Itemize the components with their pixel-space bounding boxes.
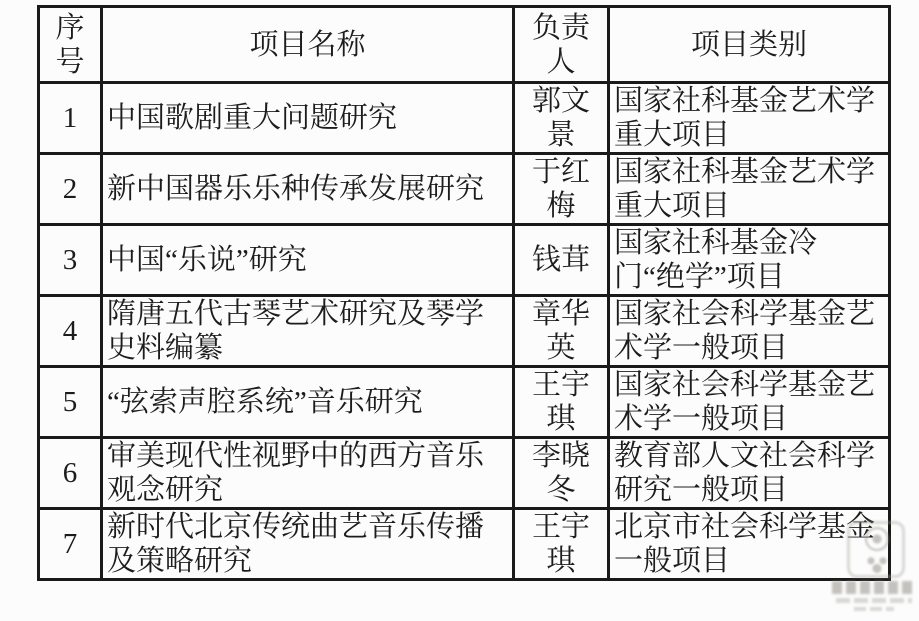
- watermark-english-text-line2: [854, 607, 894, 611]
- cell-leader: 李晓冬: [514, 438, 609, 509]
- watermark-chinese-text: [832, 581, 914, 594]
- column-header-project-name: 项目名称: [102, 7, 514, 83]
- cell-category: 国家社会科学基金艺术学一般项目: [609, 296, 890, 367]
- cell-index: 2: [39, 154, 102, 225]
- table-row: 2 新中国器乐乐种传承发展研究 于红梅 国家社科基金艺术学重大项目: [39, 154, 890, 225]
- cell-category: 北京市社会科学基金一般项目: [609, 509, 890, 580]
- cell-category: 国家社会科学基金艺术学一般项目: [609, 367, 890, 438]
- cell-category: 国家社科基金艺术学重大项目: [609, 154, 890, 225]
- column-header-category: 项目类别: [609, 7, 890, 83]
- cell-category: 教育部人文社会科学研究一般项目: [609, 438, 890, 509]
- cell-category: 国家社科基金冷门“绝学”项目: [609, 225, 890, 296]
- cell-project-name: 新时代北京传统曲艺音乐传播及策略研究: [102, 509, 514, 580]
- table-header-row: 序号 项目名称 负责人 项目类别: [39, 7, 890, 83]
- cell-leader: 郭文景: [514, 83, 609, 154]
- page: 序号 项目名称 负责人 项目类别 1 中国歌剧重大问题研究 郭文景 国家社科基金…: [0, 0, 919, 621]
- cell-leader: 王宇琪: [514, 367, 609, 438]
- column-header-index: 序号: [39, 7, 102, 83]
- table-row: 1 中国歌剧重大问题研究 郭文景 国家社科基金艺术学重大项目: [39, 83, 890, 154]
- cell-leader: 章华英: [514, 296, 609, 367]
- table-row: 4 隋唐五代古琴艺术研究及琴学史料编纂 章华英 国家社会科学基金艺术学一般项目: [39, 296, 890, 367]
- cell-index: 3: [39, 225, 102, 296]
- cell-leader: 王宇琪: [514, 509, 609, 580]
- cell-index: 4: [39, 296, 102, 367]
- cell-index: 5: [39, 367, 102, 438]
- cell-category: 国家社科基金艺术学重大项目: [609, 83, 890, 154]
- table-row: 3 中国“乐说”研究 钱茸 国家社科基金冷门“绝学”项目: [39, 225, 890, 296]
- cell-index: 1: [39, 83, 102, 154]
- cell-project-name: 新中国器乐乐种传承发展研究: [102, 154, 514, 225]
- cell-leader: 钱茸: [514, 225, 609, 296]
- cell-project-name: 审美现代性视野中的西方音乐观念研究: [102, 438, 514, 509]
- cell-index: 7: [39, 509, 102, 580]
- cell-project-name: 中国“乐说”研究: [102, 225, 514, 296]
- research-projects-table: 序号 项目名称 负责人 项目类别 1 中国歌剧重大问题研究 郭文景 国家社科基金…: [37, 5, 891, 581]
- watermark-english-text-line1: [836, 598, 912, 603]
- cell-index: 6: [39, 438, 102, 509]
- cell-project-name: 中国歌剧重大问题研究: [102, 83, 514, 154]
- cell-project-name: “弦索声腔系统”音乐研究: [102, 367, 514, 438]
- cell-leader: 于红梅: [514, 154, 609, 225]
- table-row: 5 “弦索声腔系统”音乐研究 王宇琪 国家社会科学基金艺术学一般项目: [39, 367, 890, 438]
- cell-project-name: 隋唐五代古琴艺术研究及琴学史料编纂: [102, 296, 514, 367]
- table-row: 7 新时代北京传统曲艺音乐传播及策略研究 王宇琪 北京市社会科学基金一般项目: [39, 509, 890, 580]
- column-header-leader: 负责人: [514, 7, 609, 83]
- table-row: 6 审美现代性视野中的西方音乐观念研究 李晓冬 教育部人文社会科学研究一般项目: [39, 438, 890, 509]
